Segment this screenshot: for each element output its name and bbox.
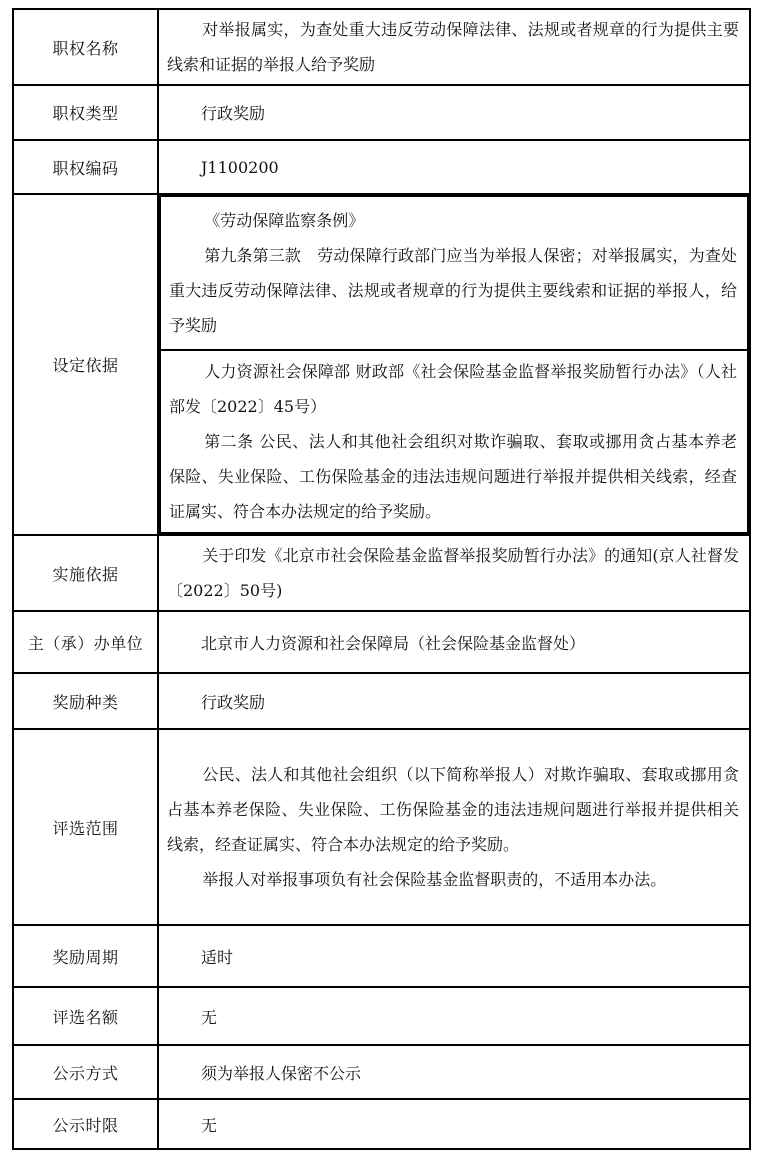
- basis-text: 第九条第三款 劳动保障行政部门应当为举报人保密；对举报属实，为查处重大违反劳动保…: [161, 238, 747, 343]
- row-label: 设定依据: [13, 194, 158, 535]
- row-label: 评选名额: [13, 987, 158, 1045]
- row-value: 行政奖励: [158, 85, 750, 140]
- row-value: 关于印发《北京市社会保险基金监督举报奖励暂行办法》的通知(京人社督发〔2022〕…: [159, 538, 749, 608]
- table-row: 公示方式 须为举报人保密不公示: [13, 1045, 750, 1099]
- row-value: 北京市人力资源和社会保障局（社会保险基金监督处）: [158, 611, 750, 673]
- row-label: 实施依据: [13, 535, 158, 611]
- table-row: 职权编码 J1100200: [13, 140, 750, 194]
- row-label: 职权名称: [13, 9, 158, 85]
- table-row: 公示时限 无: [13, 1099, 750, 1149]
- table-row: 设定依据 《劳动保障监察条例》 第九条第三款 劳动保障行政部门应当为举报人保密；…: [13, 194, 750, 535]
- row-value: J1100200: [158, 140, 750, 194]
- row-label: 奖励种类: [13, 673, 158, 729]
- row-label: 公示时限: [13, 1099, 158, 1149]
- table-row: 实施依据 关于印发《北京市社会保险基金监督举报奖励暂行办法》的通知(京人社督发〔…: [13, 535, 750, 611]
- basis-subtable: 《劳动保障监察条例》 第九条第三款 劳动保障行政部门应当为举报人保密；对举报属实…: [159, 195, 749, 534]
- table-row: 职权名称 对举报属实，为查处重大违反劳动保障法律、法规或者规章的行为提供主要线索…: [13, 9, 750, 85]
- table-row: 奖励种类 行政奖励: [13, 673, 750, 729]
- row-label: 职权类型: [13, 85, 158, 140]
- row-value: 无: [158, 987, 750, 1045]
- row-label: 职权编码: [13, 140, 158, 194]
- table-row: 职权类型 行政奖励: [13, 85, 750, 140]
- basis-text: 第二条 公民、法人和其他社会组织对欺诈骗取、套取或挪用贪占基本养老保险、失业保险…: [161, 424, 747, 529]
- table-row: 评选范围 公民、法人和其他社会组织（以下简称举报人）对欺诈骗取、套取或挪用贪占基…: [13, 729, 750, 925]
- row-value: 对举报属实，为查处重大违反劳动保障法律、法规或者规章的行为提供主要线索和证据的举…: [159, 12, 749, 82]
- row-label: 奖励周期: [13, 925, 158, 987]
- scope-paragraph: 公民、法人和其他社会组织（以下简称举报人）对欺诈骗取、套取或挪用贪占基本养老保险…: [159, 757, 749, 862]
- basis-title: 《劳动保障监察条例》: [161, 203, 747, 238]
- row-value: 须为举报人保密不公示: [158, 1045, 750, 1099]
- table-row: 评选名额 无: [13, 987, 750, 1045]
- row-value: 行政奖励: [158, 673, 750, 729]
- row-label: 公示方式: [13, 1045, 158, 1099]
- authority-info-table: 职权名称 对举报属实，为查处重大违反劳动保障法律、法规或者规章的行为提供主要线索…: [12, 8, 751, 1150]
- row-label: 评选范围: [13, 729, 158, 925]
- scope-paragraph: 举报人对举报事项负有社会保险基金监督职责的，不适用本办法。: [159, 862, 749, 897]
- row-value: 无: [158, 1099, 750, 1149]
- basis-title: 人力资源社会保障部 财政部《社会保险基金监督举报奖励暂行办法》（人社部发〔202…: [161, 354, 747, 424]
- table-row: 主（承）办单位 北京市人力资源和社会保障局（社会保险基金监督处）: [13, 611, 750, 673]
- row-label: 主（承）办单位: [13, 611, 158, 673]
- table-row: 奖励周期 适时: [13, 925, 750, 987]
- row-value: 适时: [158, 925, 750, 987]
